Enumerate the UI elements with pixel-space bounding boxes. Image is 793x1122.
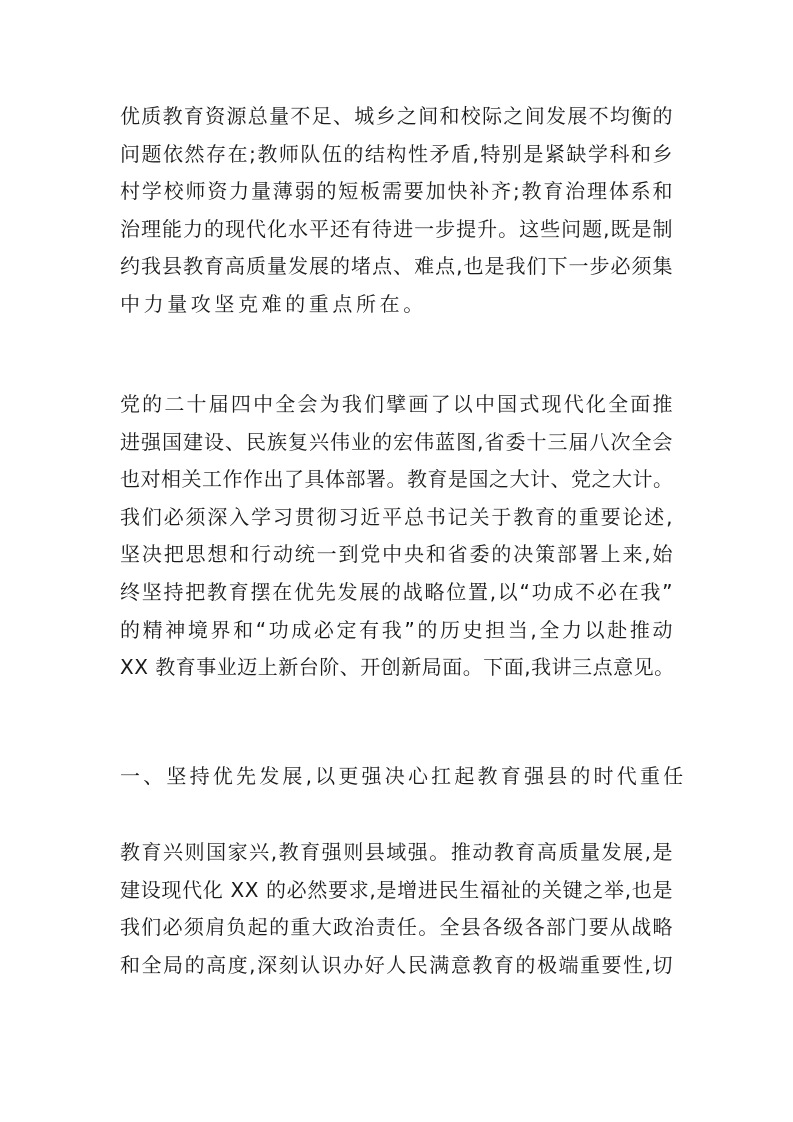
paragraph-line: 中力量攻坚克难的重点所在。 bbox=[120, 286, 673, 324]
paragraph-line: XX 教育事业迈上新台阶、开创新局面。下面,我讲三点意见。 bbox=[120, 649, 673, 687]
paragraph-line: 我们必须深入学习贯彻习近平总书记关于教育的重要论述, bbox=[120, 499, 673, 537]
paragraph-3: 教育兴则国家兴,教育强则县域强。推动教育高质量发展,是 建设现代化 XX 的必然… bbox=[120, 834, 673, 984]
document-page: 优质教育资源总量不足、城乡之间和校际之间发展不均衡的 问题依然存在;教师队伍的结… bbox=[0, 0, 793, 1122]
paragraph-line: 建设现代化 XX 的必然要求,是增进民生福祉的关键之举,也是 bbox=[120, 872, 673, 910]
paragraph-2: 党的二十届四中全会为我们擘画了以中国式现代化全面推 进强国建设、民族复兴伟业的宏… bbox=[120, 386, 673, 687]
paragraph-line: 村学校师资力量薄弱的短板需要加快补齐;教育治理体系和 bbox=[120, 173, 673, 211]
section-heading: 一、坚持优先发展,以更强决心扛起教育强县的时代重任 bbox=[120, 758, 673, 796]
section-heading-1: 一、坚持优先发展,以更强决心扛起教育强县的时代重任 bbox=[120, 758, 673, 796]
paragraph-line: 优质教育资源总量不足、城乡之间和校际之间发展不均衡的 bbox=[120, 98, 673, 136]
paragraph-line: 进强国建设、民族复兴伟业的宏伟蓝图,省委十三届八次全会 bbox=[120, 424, 673, 462]
paragraph-line: 终坚持把教育摆在优先发展的战略位置,以“功成不必在我” bbox=[120, 574, 673, 612]
paragraph-line: 约我县教育高质量发展的堵点、难点,也是我们下一步必须集 bbox=[120, 248, 673, 286]
paragraph-line: 也对相关工作作出了具体部署。教育是国之大计、党之大计。 bbox=[120, 461, 673, 499]
paragraph-line: 党的二十届四中全会为我们擘画了以中国式现代化全面推 bbox=[120, 386, 673, 424]
paragraph-line: 坚决把思想和行动统一到党中央和省委的决策部署上来,始 bbox=[120, 536, 673, 574]
paragraph-line: 问题依然存在;教师队伍的结构性矛盾,特别是紧缺学科和乡 bbox=[120, 136, 673, 174]
paragraph-line: 和全局的高度,深刻认识办好人民满意教育的极端重要性,切 bbox=[120, 947, 673, 985]
paragraph-line: 的精神境界和“功成必定有我”的历史担当,全力以赴推动 bbox=[120, 612, 673, 650]
paragraph-line: 我们必须肩负起的重大政治责任。全县各级各部门要从战略 bbox=[120, 909, 673, 947]
paragraph-line: 治理能力的现代化水平还有待进一步提升。这些问题,既是制 bbox=[120, 211, 673, 249]
paragraph-1: 优质教育资源总量不足、城乡之间和校际之间发展不均衡的 问题依然存在;教师队伍的结… bbox=[120, 98, 673, 324]
paragraph-line: 教育兴则国家兴,教育强则县域强。推动教育高质量发展,是 bbox=[120, 834, 673, 872]
